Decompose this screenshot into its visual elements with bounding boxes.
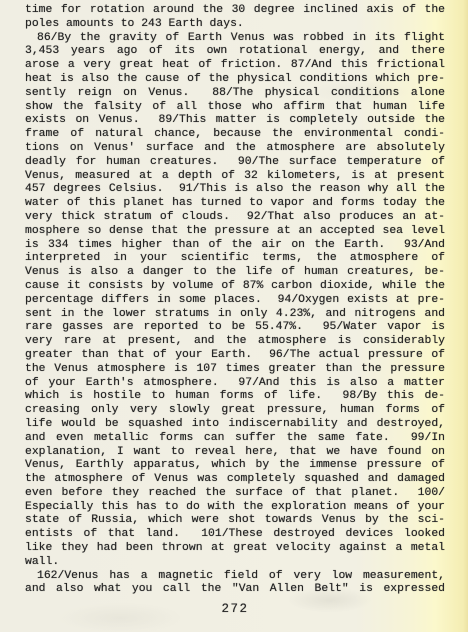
- text-line: poles amounts to 243 Earth days.: [25, 18, 445, 32]
- text-line: which is hostile to human forms of life.…: [25, 390, 445, 404]
- text-line: is 334 times higher than of the air on t…: [25, 239, 445, 253]
- text-line: entists of that land. 101/These destroye…: [25, 528, 445, 542]
- text-line: percentage differs in some places. 94/Ox…: [25, 294, 445, 308]
- text-line: water of this planet has turned to vapor…: [25, 197, 445, 211]
- text-line: greater than that of your Earth. 96/The …: [25, 349, 445, 363]
- text-line: interpreted in your scientific terms, th…: [25, 252, 445, 266]
- text-line: and also what you call the "Van Allen Be…: [25, 583, 445, 597]
- text-line: arose a very great heat of friction. 87/…: [25, 59, 445, 73]
- text-line: of your Earth's atmosphere. 97/And this …: [25, 377, 445, 391]
- text-line: Venus, Earthly apparatus, which by the i…: [25, 459, 445, 473]
- scanned-book-page: { "page": { "number": "272", "paper_colo…: [0, 0, 468, 632]
- text-line: exists on Venus. 89/This matter is compl…: [25, 114, 445, 128]
- text-line: and even metallic forms can suffer the s…: [25, 432, 445, 446]
- text-line: creasing only very slowly great pressure…: [25, 404, 445, 418]
- page-text: time for rotation around the 30 degree i…: [25, 4, 445, 597]
- text-line: rare gasses are reported to be 55.47%. 9…: [25, 321, 445, 335]
- text-line: like they had been thrown at great veloc…: [25, 542, 445, 556]
- text-line: sently reign on Venus. 88/The physical c…: [25, 87, 445, 101]
- text-line: heat is also the cause of the physical c…: [25, 73, 445, 87]
- text-line: Venus is also a danger to the life of hu…: [25, 266, 445, 280]
- page-number: 272: [25, 602, 445, 616]
- text-line: deadly for human creatures. 90/The surfa…: [25, 156, 445, 170]
- text-line: 162/Venus has a magnetic field of very l…: [25, 570, 445, 584]
- text-line: 3,453 years ago of its own rotational en…: [25, 45, 445, 59]
- text-line: tions on Venus' surface and the atmosphe…: [25, 142, 445, 156]
- text-line: 86/By the gravity of Earth Venus was rob…: [25, 32, 445, 46]
- text-line: mosphere so dense that the pressure at a…: [25, 225, 445, 239]
- text-line: the atmosphere of Venus was completely s…: [25, 473, 445, 487]
- page: time for rotation around the 30 degree i…: [0, 0, 468, 632]
- text-line: the Venus atmosphere is 107 times greate…: [25, 363, 445, 377]
- text-line: state of Russia, which were shot towards…: [25, 514, 445, 528]
- text-line: time for rotation around the 30 degree i…: [25, 4, 445, 18]
- text-line: wall.: [25, 556, 445, 570]
- text-line: Venus, measured at a depth of 32 kilomet…: [25, 170, 445, 184]
- text-line: life would be squashed into indiscernabi…: [25, 418, 445, 432]
- text-line: explanation, I want to reveal here, that…: [25, 446, 445, 460]
- text-line: cause it consists by volume of 87% carbo…: [25, 280, 445, 294]
- text-line: very thick stratum of clouds. 92/That al…: [25, 211, 445, 225]
- text-line: very rare at present, and the atmosphere…: [25, 335, 445, 349]
- text-line: show the falsity of all those who affirm…: [25, 101, 445, 115]
- text-line: frame of natural chance, because the env…: [25, 128, 445, 142]
- text-line: Especially this has to do with the explo…: [25, 501, 445, 515]
- text-line: sent in the lower stratums in only 4.23%…: [25, 308, 445, 322]
- text-line: even before they reached the surface of …: [25, 487, 445, 501]
- text-line: 457 degrees Celsius. 91/This is also the…: [25, 183, 445, 197]
